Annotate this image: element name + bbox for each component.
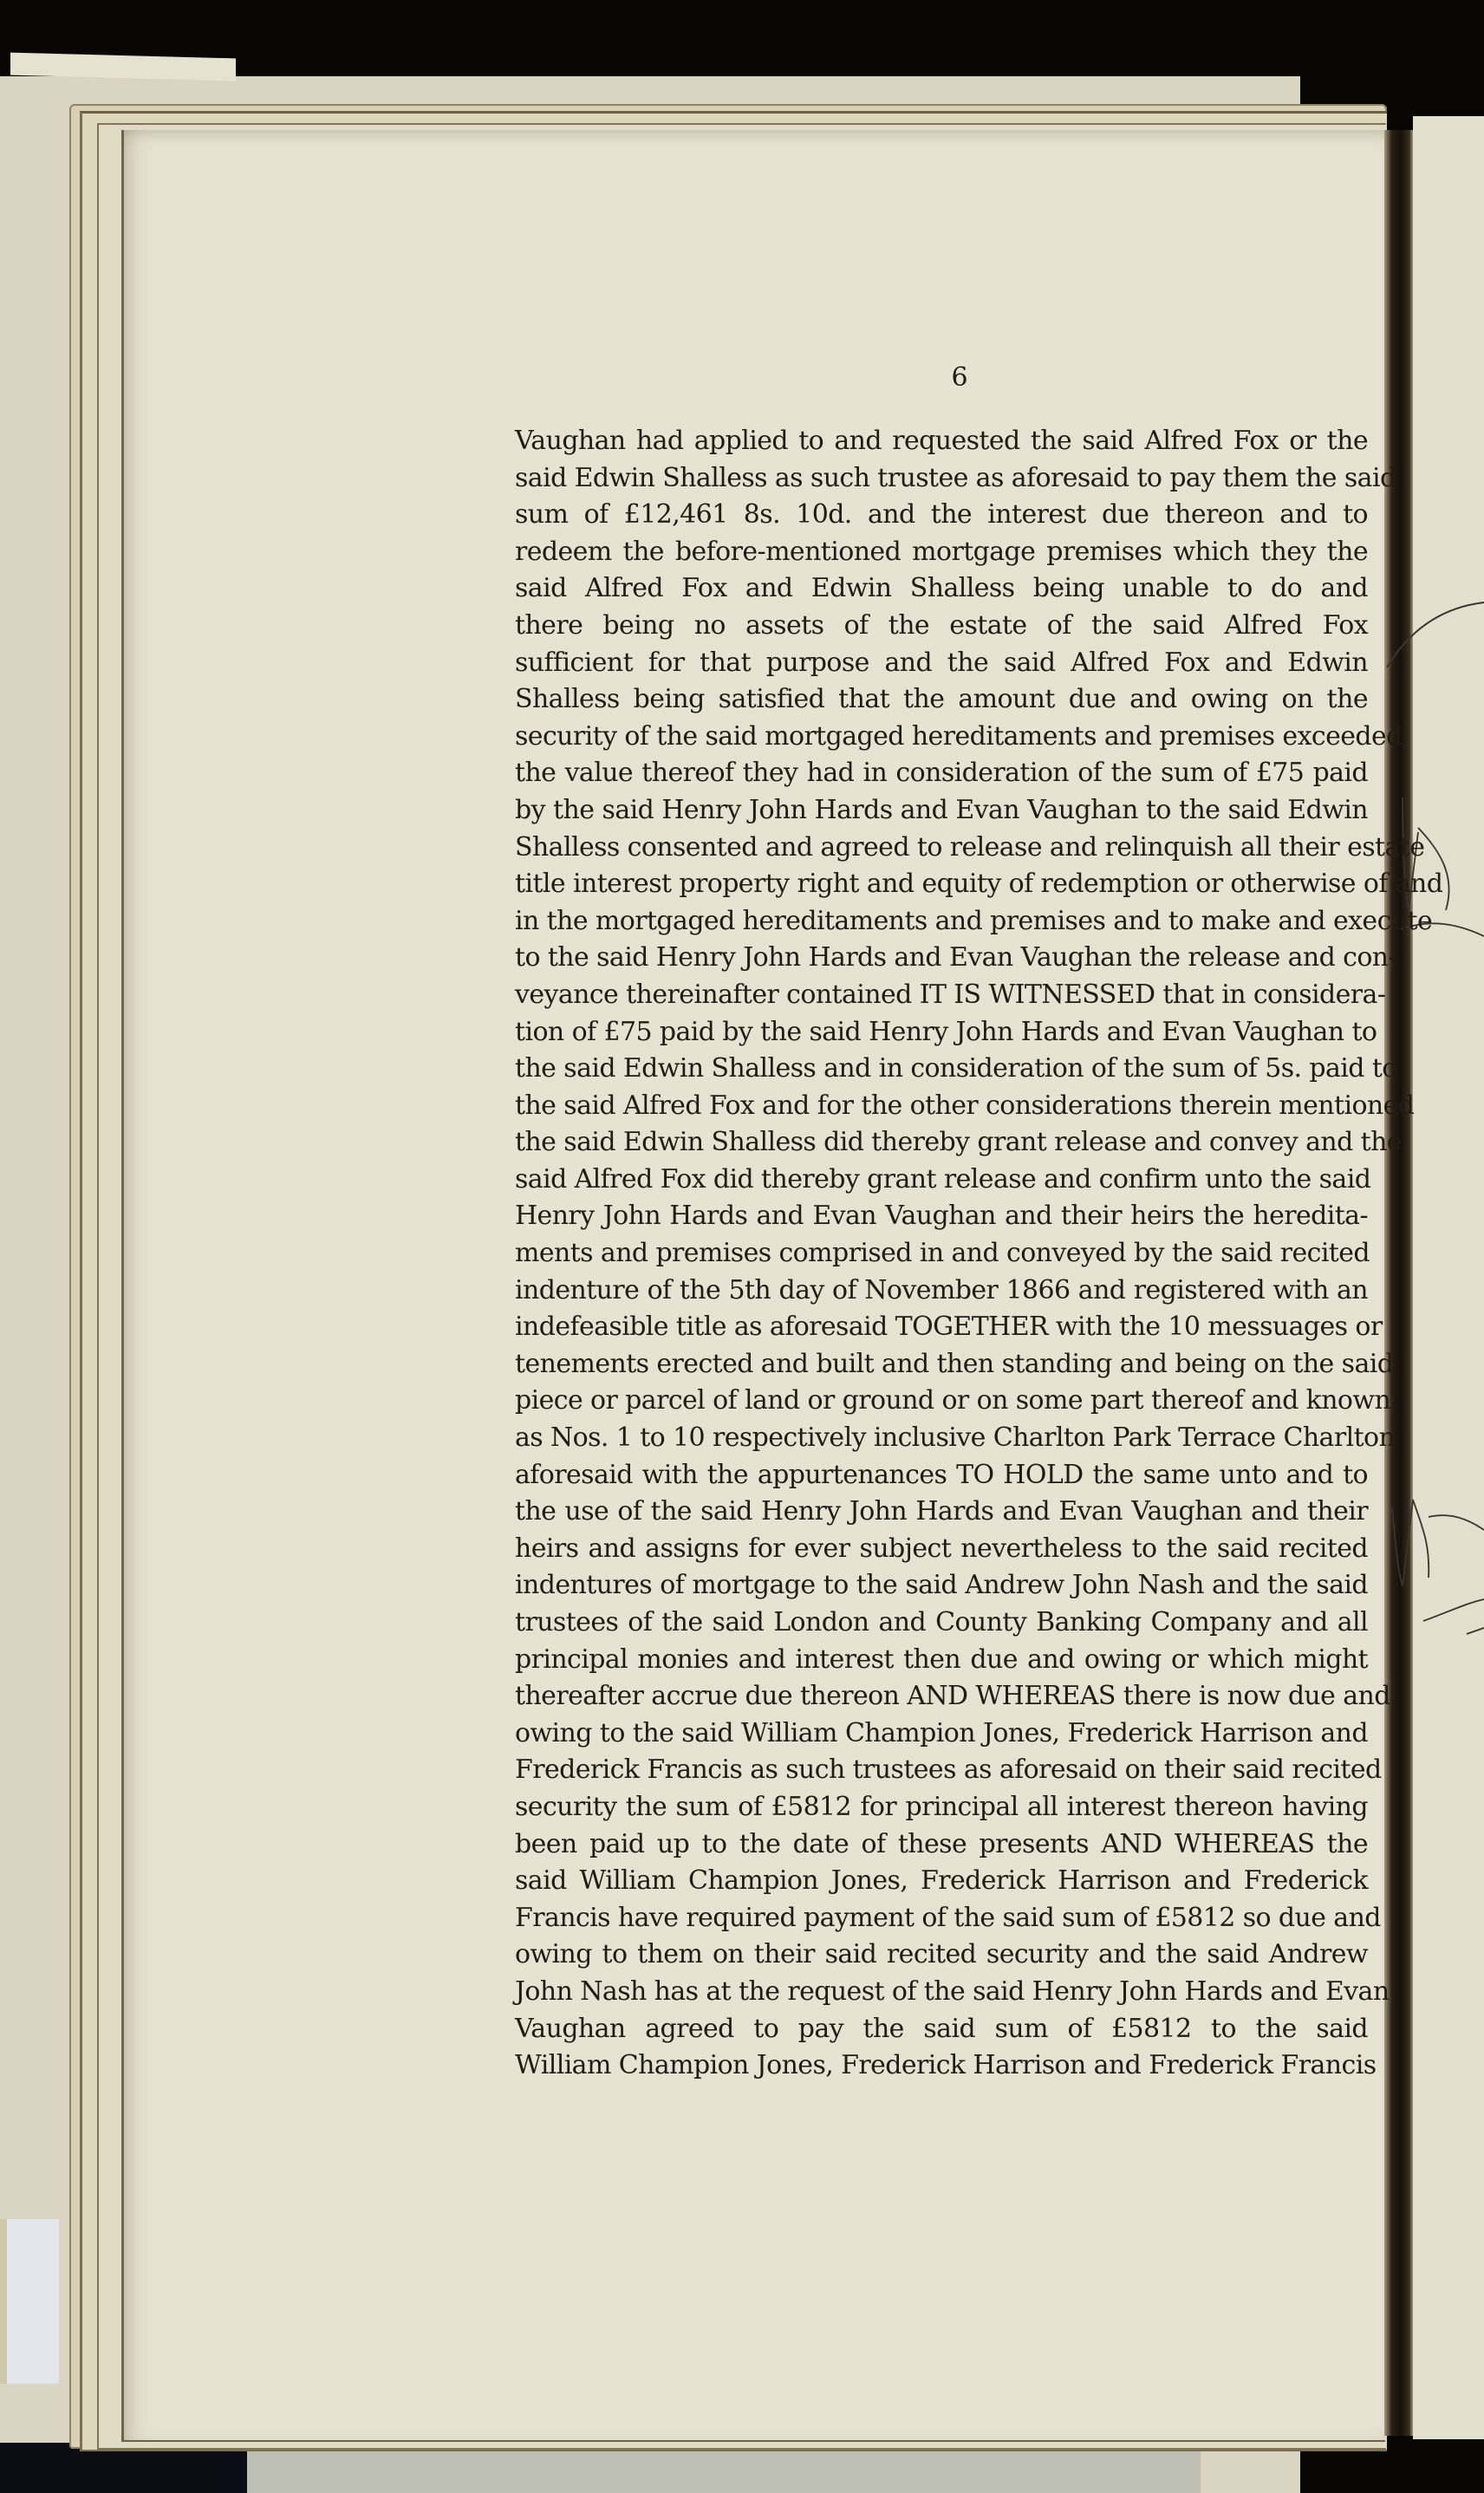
text-line: the said Edwin Shalless did thereby gran… [515,1124,1368,1162]
text-line: by the said Henry John Hards and Evan Va… [515,792,1368,830]
text-line: there being no assets of the estate of t… [515,608,1368,645]
underlying-page-edge [0,2219,59,2384]
text-line: Henry John Hards and Evan Vaughan and th… [515,1198,1368,1235]
text-line: thereafter accrue due thereon AND WHEREA… [515,1678,1368,1715]
text-line: owing to them on their said recited secu… [515,1936,1368,1974]
text-line: the said Edwin Shalless and in considera… [515,1051,1368,1088]
text-line: title interest property right and equity… [515,866,1368,903]
body-text: Vaughan had applied to and requested the… [515,423,1368,2085]
text-line: principal monies and interest then due a… [515,1642,1368,1679]
page-number: 6 [947,362,973,393]
text-line: redeem the before-mentioned mortgage pre… [515,534,1368,571]
text-line: Frederick Francis as such trustees as af… [515,1752,1368,1789]
text-line: said Alfred Fox did thereby grant releas… [515,1162,1368,1199]
text-line: to the said Henry John Hards and Evan Va… [515,940,1368,977]
text-line: in the mortgaged hereditaments and premi… [515,903,1368,941]
text-line: indenture of the 5th day of November 186… [515,1273,1368,1310]
text-line: tion of £75 paid by the said Henry John … [515,1014,1368,1051]
text-line: the said Alfred Fox and for the other co… [515,1088,1368,1125]
text-line: trustees of the said London and County B… [515,1605,1368,1642]
text-line: Francis have required payment of the sai… [515,1900,1368,1937]
text-line: John Nash has at the request of the said… [515,1974,1368,2011]
text-line: Shalless consented and agreed to release… [515,830,1368,867]
text-line: William Champion Jones, Frederick Harris… [515,2047,1368,2085]
text-line: said Edwin Shalless as such trustee as a… [515,460,1368,498]
text-line: Vaughan had applied to and requested the… [515,423,1368,460]
text-line: sufficient for that purpose and the said… [515,645,1368,682]
text-line: indefeasible title as aforesaid TOGETHER… [515,1309,1368,1346]
text-line: been paid up to the date of these presen… [515,1826,1368,1864]
text-line: said Alfred Fox and Edwin Shalless being… [515,570,1368,608]
text-line: said William Champion Jones, Frederick H… [515,1863,1368,1900]
text-line: aforesaid with the appurtenances TO HOLD… [515,1457,1368,1494]
text-line: veyance thereinafter contained IT IS WIT… [515,977,1368,1014]
text-line: owing to the said William Champion Jones… [515,1715,1368,1753]
text-line: the value thereof they had in considerat… [515,755,1368,792]
text-line: security of the said mortgaged hereditam… [515,719,1368,756]
text-line: security the sum of £5812 for principal … [515,1789,1368,1826]
text-line: heirs and assigns for ever subject never… [515,1531,1368,1568]
text-line: tenements erected and built and then sta… [515,1346,1368,1383]
underlying-sheet-bottom [247,2444,1201,2493]
text-line: ments and premises comprised in and conv… [515,1235,1368,1273]
text-line: sum of £12,461 8s. 10d. and the interest… [515,497,1368,534]
text-line: piece or parcel of land or ground or on … [515,1383,1368,1420]
text-line: Vaughan agreed to pay the said sum of £5… [515,2011,1368,2048]
text-line: the use of the said Henry John Hards and… [515,1494,1368,1531]
text-line: indentures of mortgage to the said Andre… [515,1567,1368,1605]
text-line: as Nos. 1 to 10 respectively inclusive C… [515,1420,1368,1457]
text-line: Shalless being satisfied that the amount… [515,681,1368,719]
